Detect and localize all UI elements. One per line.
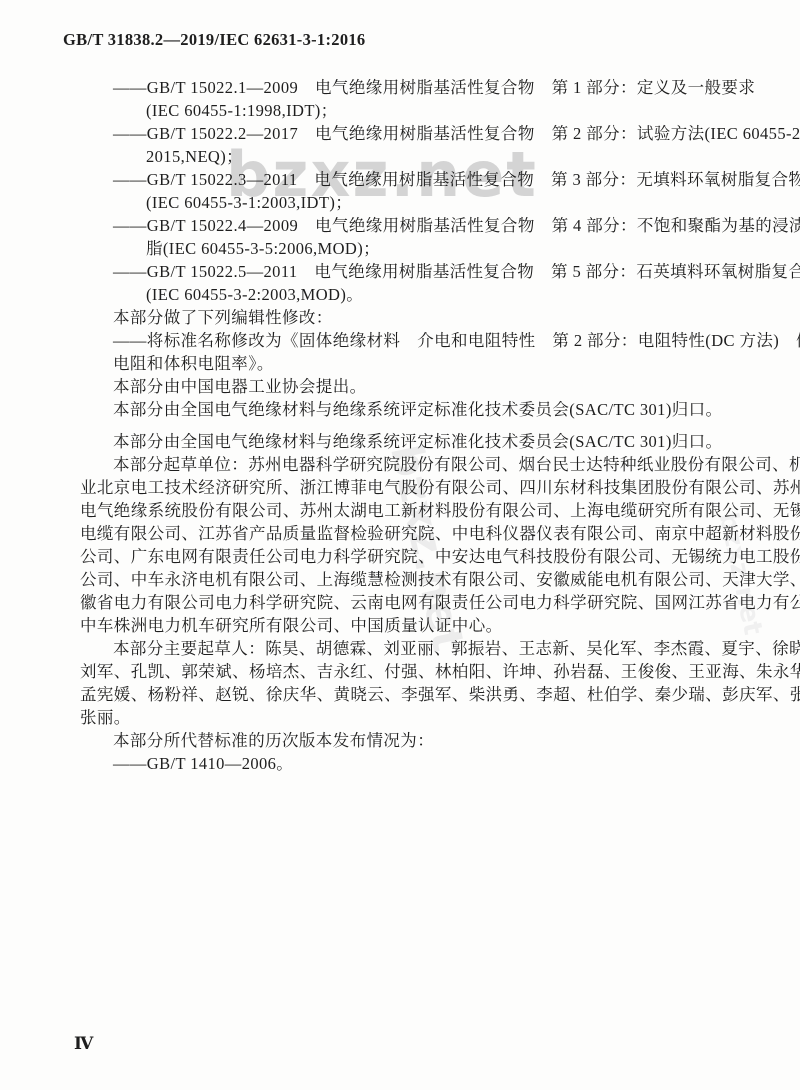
foreword-body: ——GB/T 15022.1—2009 电气绝缘用树脂基活性复合物 第 1 部分…	[80, 76, 748, 775]
drafting-units-line: 电缆有限公司、江苏省产品质量监督检验研究院、中电科仪器仪表有限公司、南京中超新材…	[80, 522, 748, 545]
reference-item-line: ——GB/T 15022.4—2009 电气绝缘用树脂基活性复合物 第 4 部分…	[80, 214, 748, 237]
reference-item-line: ——GB/T 15022.3—2011 电气绝缘用树脂基活性复合物 第 3 部分…	[80, 168, 748, 191]
drafting-units-line: 公司、广东电网有限责任公司电力科学研究院、中安达电气科技股份有限公司、无锡统力电…	[80, 545, 748, 568]
standard-number-header: GB/T 31838.2—2019/IEC 62631-3-1:2016	[63, 30, 365, 50]
drafting-units-line: 电气绝缘系统股份有限公司、苏州太湖电工新材料股份有限公司、上海电缆研究所有限公司…	[80, 499, 748, 522]
drafters-line: 张丽。	[80, 706, 748, 729]
scanned-standard-page: bzxz.net bzxz.net bzxz.net GB/T 31838.2—…	[0, 0, 800, 1090]
drafters-line: 孟宪媛、杨粉祥、赵锐、徐庆华、黄晓云、李强军、柴洪勇、李超、杜伯学、秦少瑞、彭庆…	[80, 683, 748, 706]
proposed-by-line: 本部分由中国电器工业协会提出。	[80, 375, 748, 398]
page-number: Ⅳ	[74, 1034, 93, 1054]
history-item-line: ——GB/T 1410—2006。	[80, 752, 748, 775]
reference-item-line: (IEC 60455-1:1998,IDT)；	[80, 99, 748, 122]
reference-item-line: ——GB/T 15022.5—2011 电气绝缘用树脂基活性复合物 第 5 部分…	[80, 260, 748, 283]
reference-item-line: ——GB/T 15022.1—2009 电气绝缘用树脂基活性复合物 第 1 部分…	[80, 76, 748, 99]
drafters-line: 刘军、孔凯、郭荣斌、杨培杰、吉永红、付强、林柏阳、许坤、孙岩磊、王俊俊、王亚海、…	[80, 660, 748, 683]
drafting-units-line: 业北京电工技术经济研究所、浙江博菲电气股份有限公司、四川东材科技集团股份有限公司…	[80, 476, 748, 499]
editorial-item-line: ——将标准名称修改为《固体绝缘材料 介电和电阻特性 第 2 部分：电阻特性(DC…	[80, 329, 748, 352]
reference-item-line: (IEC 60455-3-2:2003,MOD)。	[80, 283, 748, 306]
drafting-units-line: 徽省电力有限公司电力科学研究院、云南电网有限责任公司电力科学研究院、国网江苏省电…	[80, 591, 748, 614]
reference-item-line: 脂(IEC 60455-3-5:2006,MOD)；	[80, 237, 748, 260]
reference-item-line: (IEC 60455-3-1:2003,IDT)；	[80, 191, 748, 214]
centralized-by-line: 本部分由全国电气绝缘材料与绝缘系统评定标准化技术委员会(SAC/TC 301)归…	[80, 398, 748, 421]
editorial-item-line: 电阻和体积电阻率》。	[80, 352, 748, 375]
drafting-units-line: 中车株洲电力机车研究所有限公司、中国质量认证中心。	[80, 614, 748, 637]
centralized-by-repeat-line: 本部分由全国电气绝缘材料与绝缘系统评定标准化技术委员会(SAC/TC 301)归…	[80, 430, 748, 453]
history-intro-line: 本部分所代替标准的历次版本发布情况为：	[80, 729, 748, 752]
reference-item-line: 2015,NEQ)；	[80, 145, 748, 168]
drafters-line: 本部分主要起草人：陈昊、胡德霖、刘亚丽、郭振岩、王志新、吴化军、李杰霞、夏宇、徐…	[80, 637, 748, 660]
drafting-units-line: 公司、中车永济电机有限公司、上海缆慧检测技术有限公司、安徽威能电机有限公司、天津…	[80, 568, 748, 591]
drafting-units-line: 本部分起草单位：苏州电器科学研究院股份有限公司、烟台民士达特种纸业股份有限公司、…	[80, 453, 748, 476]
reference-item-line: ——GB/T 15022.2—2017 电气绝缘用树脂基活性复合物 第 2 部分…	[80, 122, 748, 145]
editorial-note: 本部分做了下列编辑性修改：	[80, 306, 748, 329]
